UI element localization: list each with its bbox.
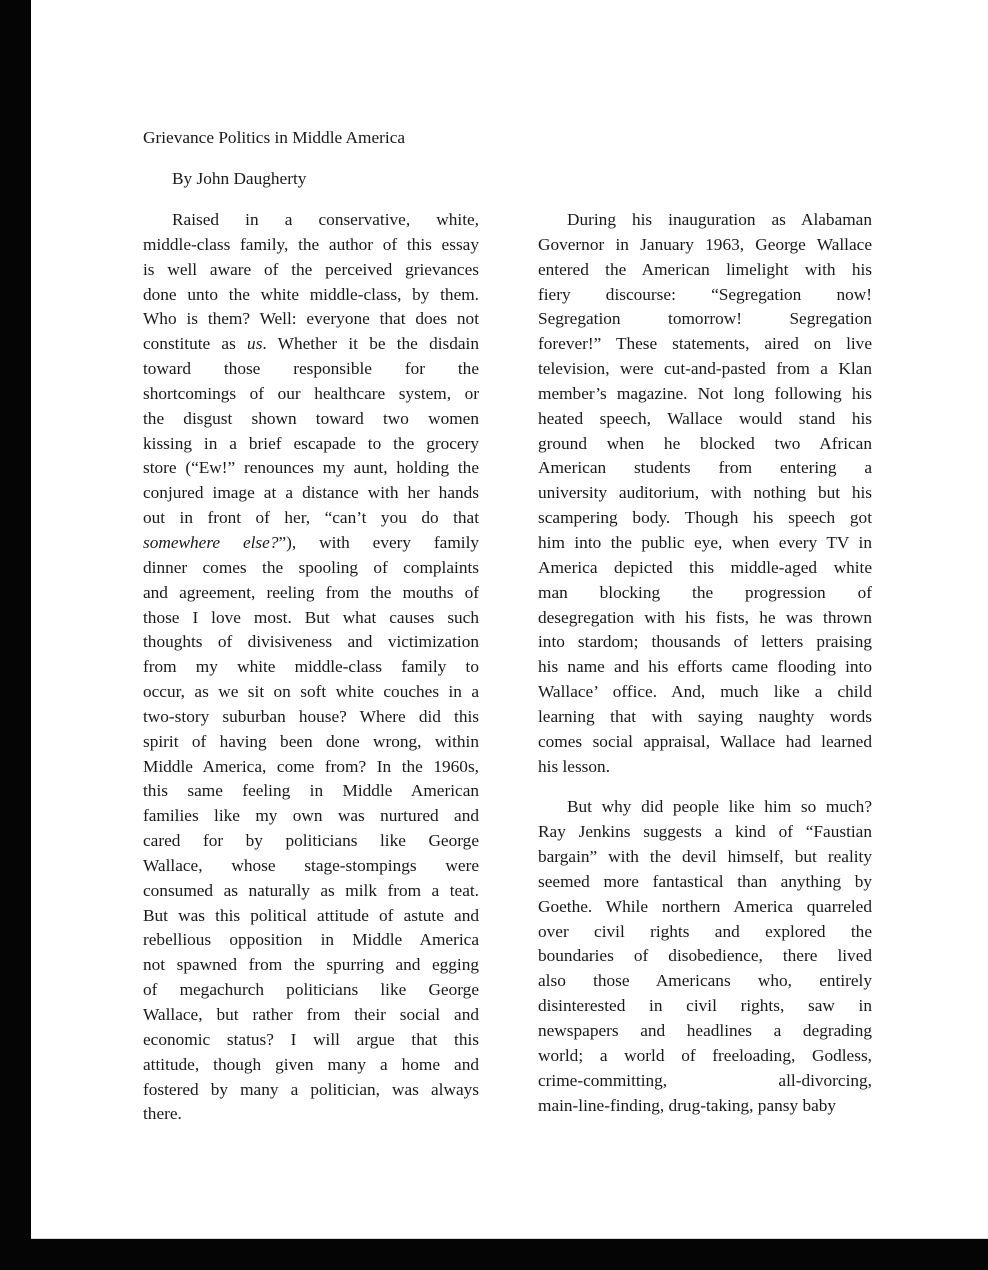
text-line: spirit of having been done wrong, within	[143, 730, 479, 755]
text-line: Wallace, but rather from their social an…	[143, 1003, 479, 1028]
text-line: into stardom; thousands of letters prais…	[538, 630, 872, 655]
document-page: Grievance Politics in Middle America By …	[31, 0, 988, 1239]
text-line: not spawned from the spurring and egging	[143, 953, 479, 978]
text-line: the disgust shown toward two women	[143, 407, 479, 432]
text-line: also those Americans who, entirely	[538, 969, 872, 994]
text-line: thoughts of divisiveness and victimizati…	[143, 630, 479, 655]
text-line: television, were cut-and-pasted from a K…	[538, 357, 872, 382]
right-column: During his inauguration as AlabamanGover…	[538, 208, 872, 1118]
text-line: university auditorium, with nothing but …	[538, 481, 872, 506]
text-line: During his inauguration as Alabaman	[538, 208, 872, 233]
text-line: those I love most. But what causes such	[143, 606, 479, 631]
text-line: newspapers and headlines a degrading	[538, 1019, 872, 1044]
left-column: Raised in a conservative, white,middle-c…	[143, 208, 479, 1127]
text-line: done unto the white middle-class, by the…	[143, 283, 479, 308]
text-line: his lesson.	[538, 755, 872, 780]
text-line: conjured image at a distance with her ha…	[143, 481, 479, 506]
text-line: families like my own was nurtured and	[143, 804, 479, 829]
text-line: middle-class family, the author of this …	[143, 233, 479, 258]
text-line: shortcomings of our healthcare system, o…	[143, 382, 479, 407]
text-line: American students from entering a	[538, 456, 872, 481]
text-line: entered the American limelight with his	[538, 258, 872, 283]
text-line: toward those responsible for the	[143, 357, 479, 382]
text-line: main-line-finding, drug-taking, pansy ba…	[538, 1094, 872, 1119]
text-line: seemed more fantastical than anything by	[538, 870, 872, 895]
text-line: ground when he blocked two African	[538, 432, 872, 457]
text-line: attitude, though given many a home and	[143, 1053, 479, 1078]
text-line: learning that with saying naughty words	[538, 705, 872, 730]
text-line: constitute as us. Whether it be the disd…	[143, 332, 479, 357]
text-line: occur, as we sit on soft white couches i…	[143, 680, 479, 705]
text-line: is well aware of the perceived grievance…	[143, 258, 479, 283]
text-line: crime-committing, all-divorcing,	[538, 1069, 872, 1094]
text-line: Middle America, come from? In the 1960s,	[143, 755, 479, 780]
text-line: Governor in January 1963, George Wallace	[538, 233, 872, 258]
text-line: disinterested in civil rights, saw in	[538, 994, 872, 1019]
text-line: over civil rights and explored the	[538, 920, 872, 945]
text-line: forever!” These statements, aired on liv…	[538, 332, 872, 357]
text-line: his name and his efforts came flooding i…	[538, 655, 872, 680]
paragraph-faustian-bargain: But why did people like him so much?Ray …	[538, 795, 872, 1118]
text-line: scampering body. Though his speech got	[538, 506, 872, 531]
text-line: Raised in a conservative, white,	[143, 208, 479, 233]
text-line: somewhere else?”), with every family	[143, 531, 479, 556]
document-byline: By John Daugherty	[172, 169, 306, 189]
text-line: heated speech, Wallace would stand his	[538, 407, 872, 432]
text-line: two-story suburban house? Where did this	[143, 705, 479, 730]
text-line: fiery discourse: “Segregation now!	[538, 283, 872, 308]
text-line: bargain” with the devil himself, but rea…	[538, 845, 872, 870]
text-line: rebellious opposition in Middle America	[143, 928, 479, 953]
text-line: and agreement, reeling from the mouths o…	[143, 581, 479, 606]
text-line: man blocking the progression of	[538, 581, 872, 606]
text-line: America depicted this middle-aged white	[538, 556, 872, 581]
text-line: member’s magazine. Not long following hi…	[538, 382, 872, 407]
text-line: Wallace’ office. And, much like a child	[538, 680, 872, 705]
italic-emphasis: somewhere else?	[143, 533, 278, 552]
italic-emphasis: us	[247, 334, 262, 353]
text-line: Segregation tomorrow! Segregation	[538, 307, 872, 332]
text-line: fostered by many a politician, was alway…	[143, 1078, 479, 1103]
text-line: desegregation with his fists, he was thr…	[538, 606, 872, 631]
text-line: him into the public eye, when every TV i…	[538, 531, 872, 556]
text-line: this same feeling in Middle American	[143, 779, 479, 804]
text-line: out in front of her, “can’t you do that	[143, 506, 479, 531]
text-line: Goethe. While northern America quarreled	[538, 895, 872, 920]
text-line: Who is them? Well: everyone that does no…	[143, 307, 479, 332]
text-line: of megachurch politicians like George	[143, 978, 479, 1003]
text-line: economic status? I will argue that this	[143, 1028, 479, 1053]
text-line: But was this political attitude of astut…	[143, 904, 479, 929]
paragraph-wallace-inauguration: During his inauguration as AlabamanGover…	[538, 208, 872, 779]
text-line: cared for by politicians like George	[143, 829, 479, 854]
paragraph-intro: Raised in a conservative, white,middle-c…	[143, 208, 479, 1127]
text-line: kissing in a brief escapade to the groce…	[143, 432, 479, 457]
text-line: world; a world of freeloading, Godless,	[538, 1044, 872, 1069]
document-title: Grievance Politics in Middle America	[143, 128, 405, 148]
text-line: boundaries of disobedience, there lived	[538, 944, 872, 969]
text-line: store (“Ew!” renounces my aunt, holding …	[143, 456, 479, 481]
text-line: from my white middle-class family to	[143, 655, 479, 680]
document-viewport: Grievance Politics in Middle America By …	[0, 0, 988, 1270]
text-line: Wallace, whose stage-stompings were	[143, 854, 479, 879]
text-line: comes social appraisal, Wallace had lear…	[538, 730, 872, 755]
text-line: dinner comes the spooling of complaints	[143, 556, 479, 581]
text-line: consumed as naturally as milk from a tea…	[143, 879, 479, 904]
text-line: But why did people like him so much?	[538, 795, 872, 820]
text-line: Ray Jenkins suggests a kind of “Faustian	[538, 820, 872, 845]
text-line: there.	[143, 1102, 479, 1127]
